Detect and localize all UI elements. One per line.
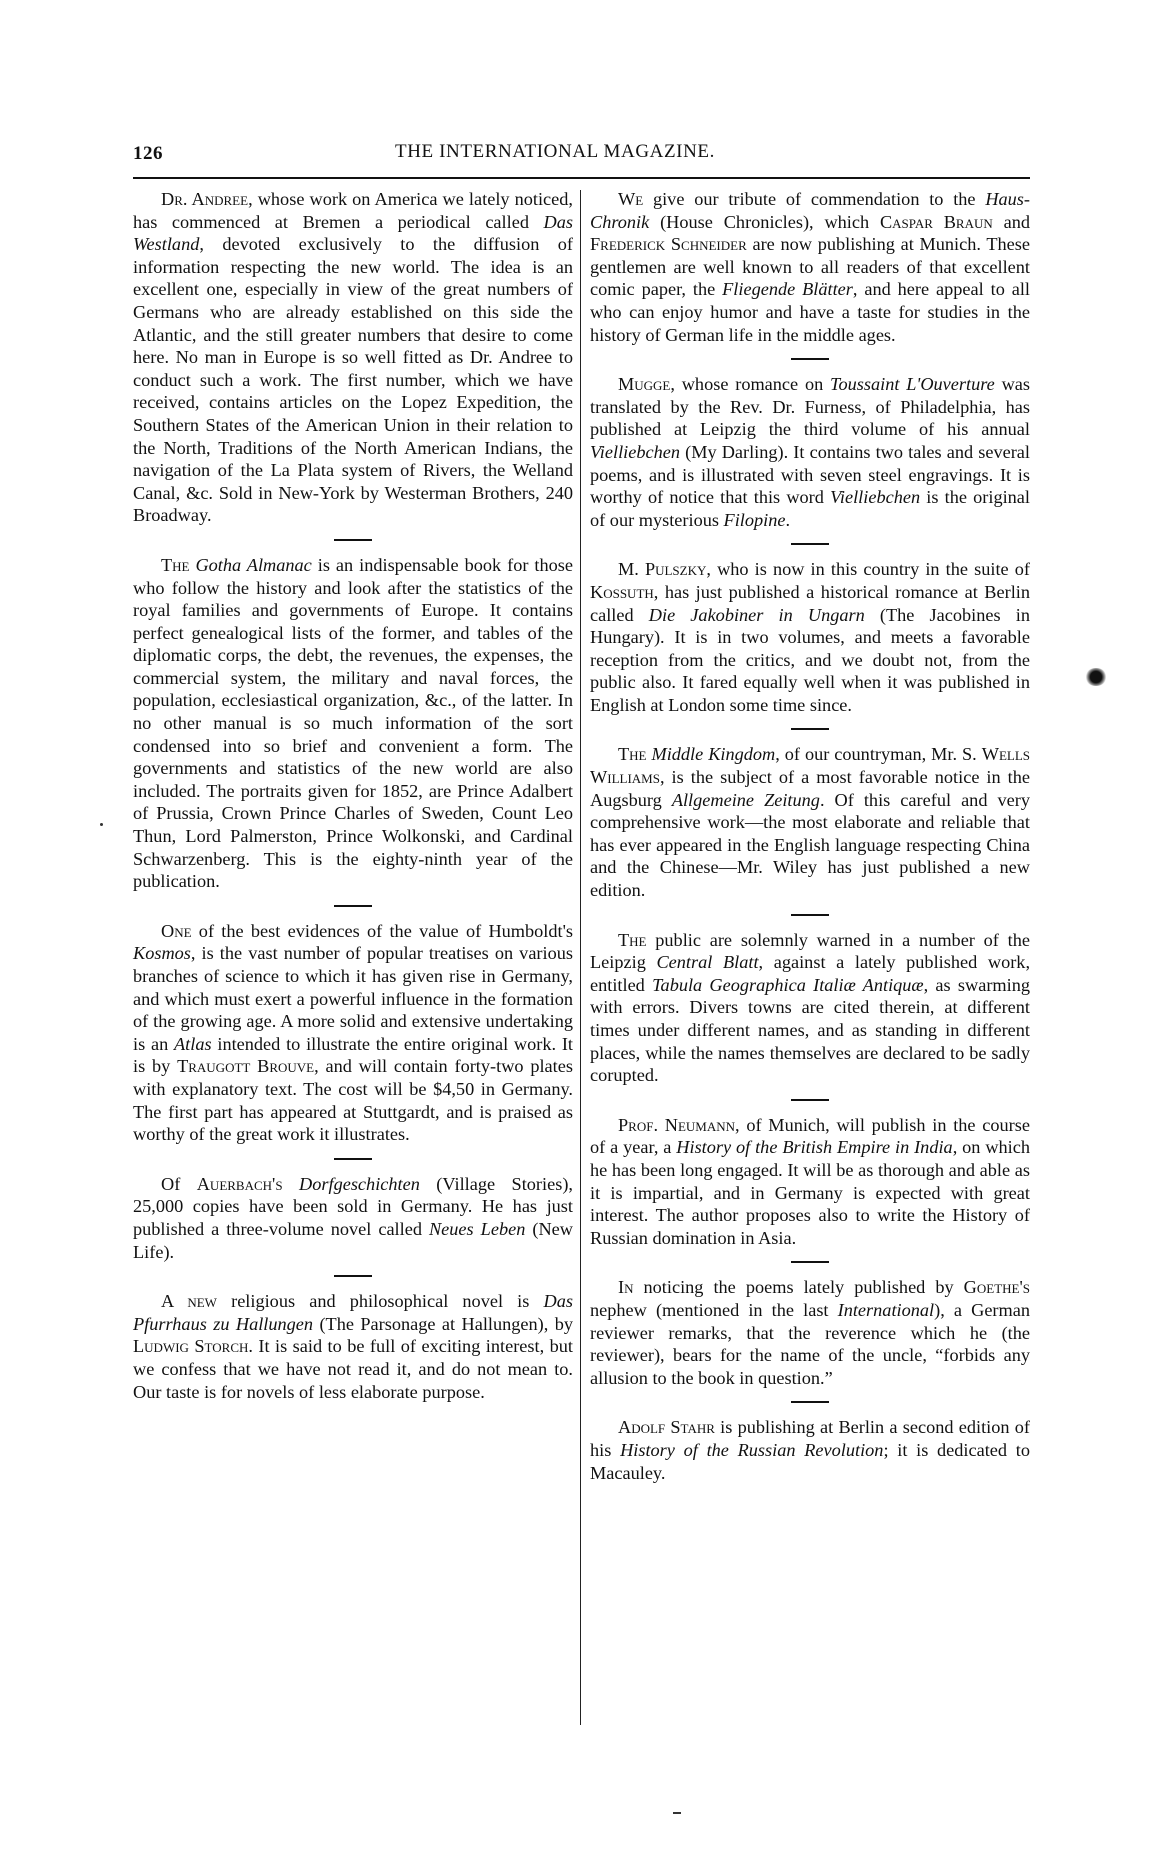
section-separator [791, 543, 829, 545]
section-separator [791, 1099, 829, 1101]
paragraph-pfarrhaus: A new religious and philosophical novel … [133, 1290, 573, 1403]
column-divider [580, 190, 581, 1725]
paragraph-middle-kingdom: The Middle Kingdom, of our countryman, M… [590, 743, 1030, 901]
header-rule [133, 177, 1030, 179]
paragraph-haus-chronik: We give our tribute of commendation to t… [590, 188, 1030, 346]
paragraph-kosmos: One of the best evidences of the value o… [133, 920, 573, 1146]
section-separator [791, 358, 829, 360]
paragraph-gotha-almanac: The Gotha Almanac is an indispensable bo… [133, 554, 573, 893]
paragraph-stahr: Adolf Stahr is publishing at Berlin a se… [590, 1416, 1030, 1484]
page-bottom-speck [673, 1812, 681, 1814]
section-separator [791, 728, 829, 730]
right-column: We give our tribute of commendation to t… [590, 188, 1030, 1484]
paragraph-central-blatt: The public are solemnly warned in a numb… [590, 929, 1030, 1087]
section-separator [334, 1275, 372, 1277]
margin-speck [100, 823, 103, 826]
running-head: THE INTERNATIONAL MAGAZINE. [395, 141, 795, 163]
page-number: 126 [133, 143, 163, 165]
ink-blot-mark [1085, 668, 1107, 686]
paragraph-neumann: Prof. Neumann, of Munich, will publish i… [590, 1114, 1030, 1250]
left-column: Dr. Andree, whose work on America we lat… [133, 188, 573, 1403]
paragraph-auerbach: Of Auerbach's Dorfgeschichten (Village S… [133, 1173, 573, 1263]
section-separator [334, 539, 372, 541]
paragraph-pulszky: M. Pulszky, who is now in this country i… [590, 558, 1030, 716]
paragraph-goethe-nephew: In noticing the poems lately published b… [590, 1276, 1030, 1389]
section-separator [334, 905, 372, 907]
section-separator [791, 1261, 829, 1263]
paragraph-mugge: Mugge, whose romance on Toussaint L'Ouve… [590, 373, 1030, 531]
section-separator [791, 914, 829, 916]
paragraph-andree: Dr. Andree, whose work on America we lat… [133, 188, 573, 527]
section-separator [791, 1401, 829, 1403]
section-separator [334, 1158, 372, 1160]
